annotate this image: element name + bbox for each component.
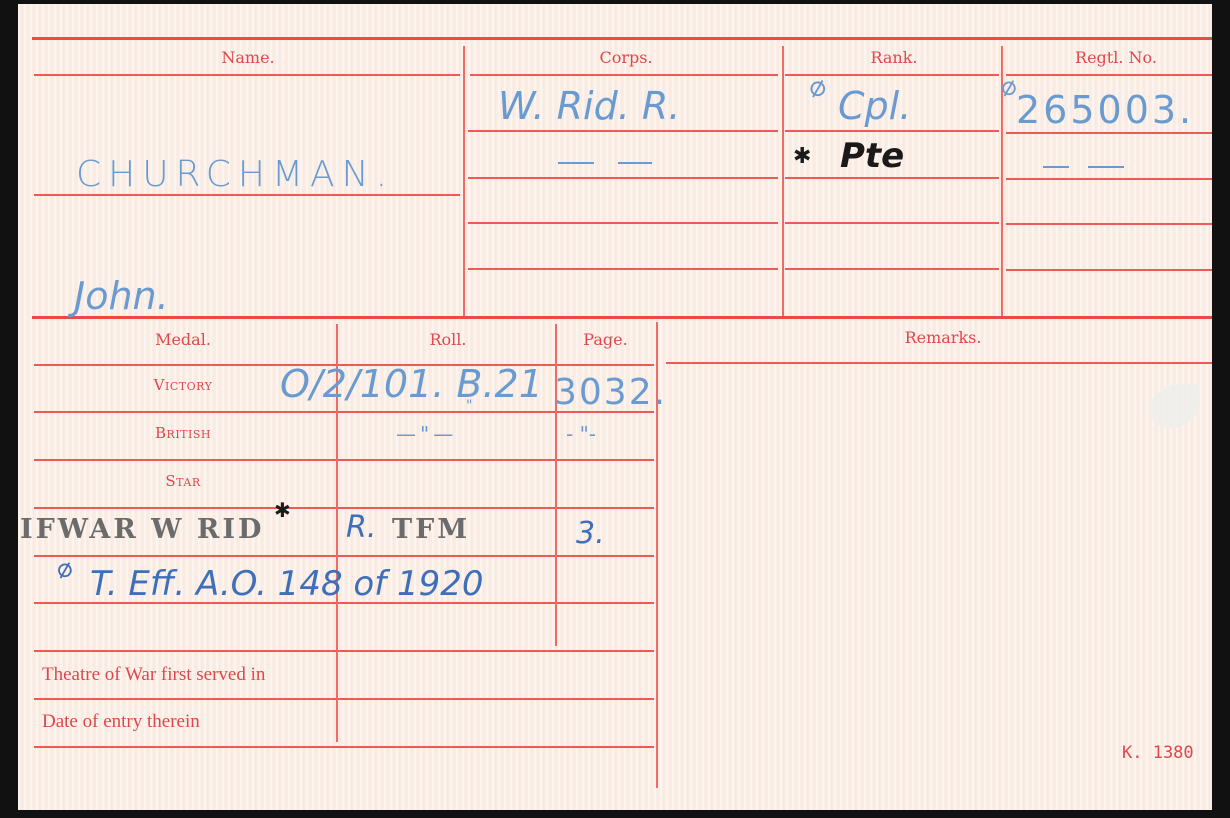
header-remarks: Remarks.	[838, 328, 1048, 347]
medal-star-label: Star	[108, 472, 258, 490]
rule-regtl-3	[1006, 223, 1212, 225]
rule-top	[32, 37, 1212, 40]
rule-rank-1	[785, 130, 999, 132]
rule-regtl-4	[1006, 269, 1212, 271]
header-regtl-no: Regtl. No.	[1036, 48, 1196, 67]
medal-victory-label: Victory	[108, 376, 258, 394]
header-page: Page.	[558, 330, 653, 349]
corps-ditto-dash-1	[558, 162, 594, 164]
corps-ditto-dash-2	[618, 162, 652, 164]
form-number: K. 1380	[1122, 743, 1194, 763]
header-name: Name.	[168, 48, 328, 67]
vrule-name-corps	[463, 46, 465, 316]
tfm-stamp: TFM	[392, 514, 470, 545]
rule-corps-h	[470, 74, 778, 76]
surname-value: CHURCHMAN.	[76, 154, 394, 195]
territorial-efficiency-annotation: T. Eff. A.O. 148 of 1920	[90, 564, 484, 604]
rule-corps-4	[468, 268, 778, 270]
theatre-of-war-label: Theatre of War first served in	[42, 664, 265, 686]
vrule-corps-rank	[782, 46, 784, 316]
british-page-ditto: - "-	[566, 422, 596, 446]
rule-medal-4	[34, 555, 654, 557]
rule-medal-2	[34, 459, 654, 461]
header-corps: Corps.	[546, 48, 706, 67]
rule-corps-1	[468, 130, 778, 132]
header-roll: Roll.	[373, 330, 523, 349]
medal-british-label: British	[108, 424, 258, 442]
rank-value-2: Pte	[840, 136, 904, 176]
rule-corps-2	[468, 177, 778, 179]
rule-medal-3	[34, 507, 654, 509]
stamp-page-value: 3.	[576, 516, 605, 551]
rule-regtl-2	[1006, 178, 1212, 180]
victory-roll-value: O/2/101. B.21	[280, 362, 543, 406]
british-roll-ditto: — " —	[396, 422, 453, 446]
rule-corps-3	[468, 222, 778, 224]
rule-name-header	[34, 74, 460, 76]
leaf-watermark-icon	[1150, 384, 1200, 428]
header-medal: Medal.	[108, 330, 258, 349]
rank-asterisk-mark: ✱	[793, 144, 811, 169]
rule-regtl-h	[1006, 74, 1212, 76]
rank-value-1: Cpl.	[838, 84, 911, 128]
forename-value: John.	[74, 274, 169, 318]
regtl-no-value: 265003.	[1016, 88, 1194, 132]
stamp-asterisk-mark: ✱	[274, 498, 291, 522]
victory-page-value: 3032.	[554, 372, 667, 413]
date-of-entry-label: Date of entry therein	[42, 711, 200, 733]
regtl-ditto-dash-1	[1043, 166, 1069, 168]
rule-date	[34, 746, 654, 748]
rule-top-bottom	[32, 316, 1212, 319]
rule-rank-2	[785, 177, 999, 179]
rule-regtl-1	[1006, 132, 1212, 134]
stamp-roll-value: R.	[346, 510, 376, 545]
rule-medal-6	[34, 650, 654, 652]
rule-theatre	[34, 698, 654, 700]
header-rank: Rank.	[814, 48, 974, 67]
corps-value: W. Rid. R.	[498, 84, 680, 128]
rule-rank-3	[785, 222, 999, 224]
medal-index-card: Name. Corps. Rank. Regtl. No. CHURCHMAN.…	[18, 4, 1212, 810]
victory-roll-ditto: "	[466, 398, 472, 414]
regtl-ditto-dash-2	[1088, 166, 1124, 168]
rule-remarks-h	[666, 362, 1212, 364]
annotation-cancel-mark: ⌀	[52, 552, 75, 585]
unit-stamp: IFWAR W RID	[20, 514, 264, 545]
rule-rank-4	[785, 268, 999, 270]
